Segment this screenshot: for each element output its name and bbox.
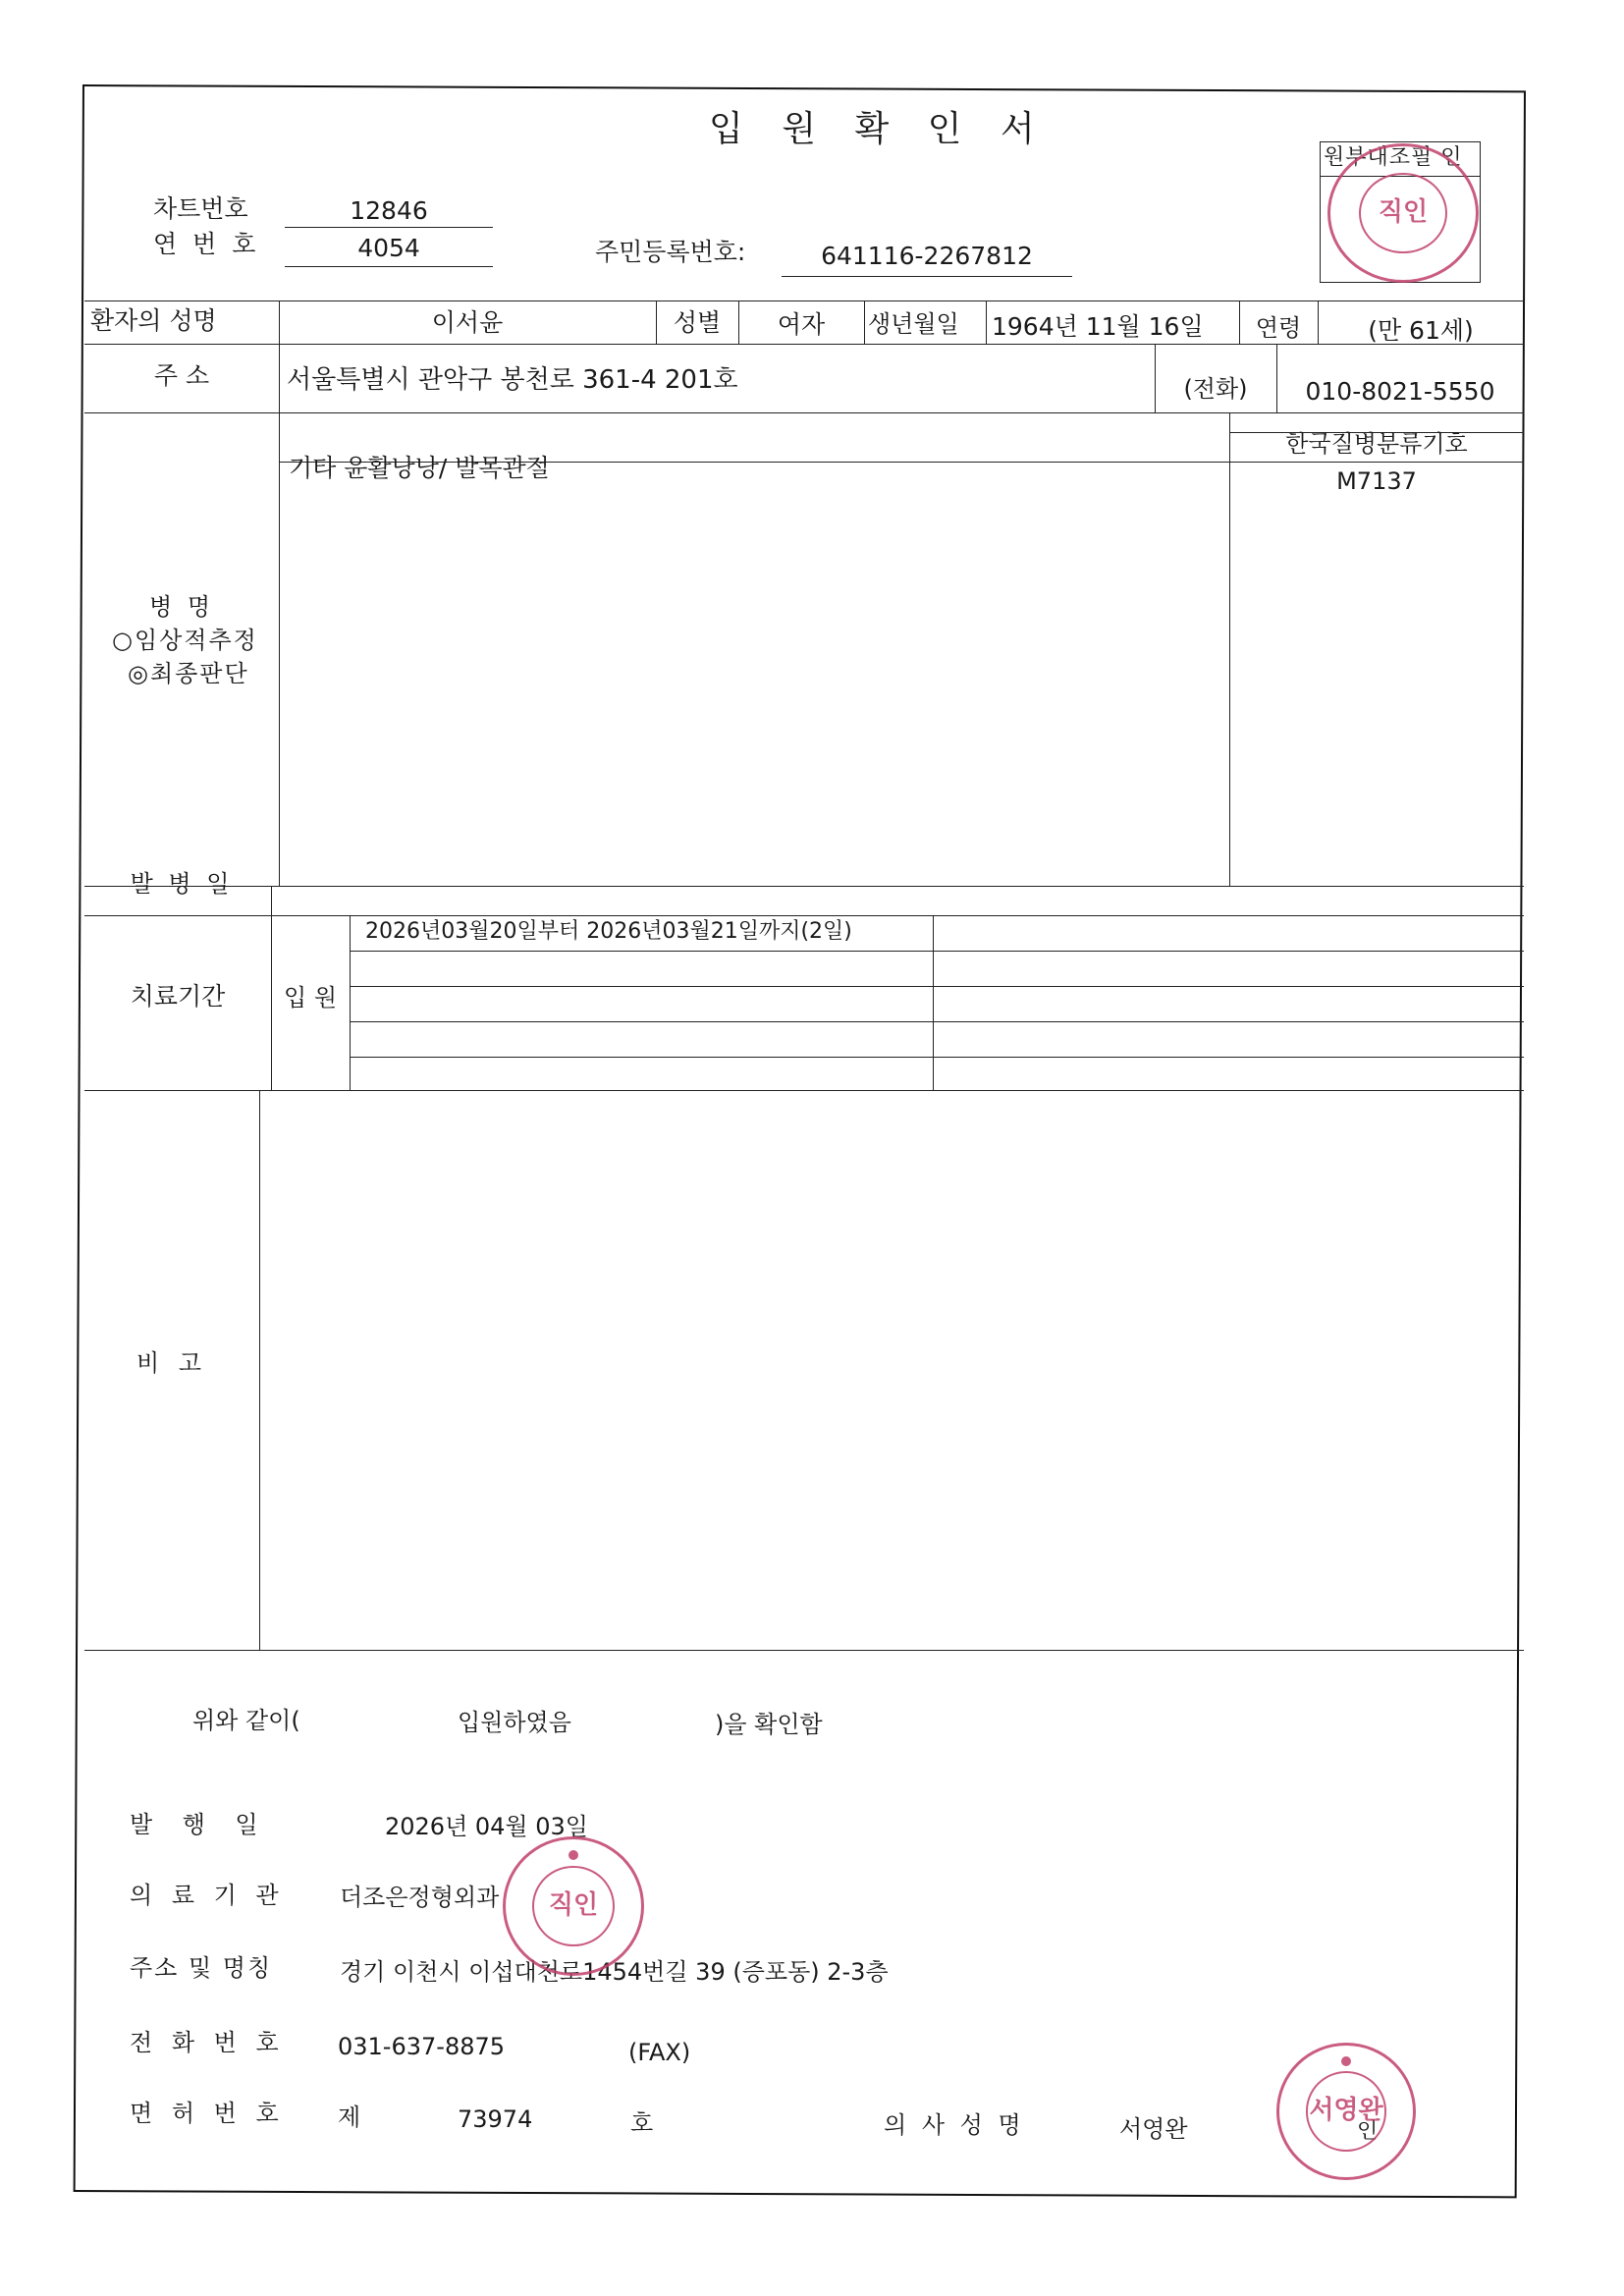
phone-label: (전화) xyxy=(1155,377,1276,401)
stamp-text: 서영완 xyxy=(1306,2071,1387,2152)
diagnosis-label-title: 병 명 xyxy=(84,595,279,619)
license-prefix: 제 xyxy=(338,2105,360,2129)
remarks-label: 비 고 xyxy=(84,1351,259,1375)
doctor-seal-stamp: 서영완 xyxy=(1276,2043,1416,2180)
doctor-label: 의 사 성 명 xyxy=(884,2113,1025,2137)
serial-no-value: 4054 xyxy=(285,236,493,267)
chart-no-value: 12846 xyxy=(285,198,493,228)
resident-no-value: 641116-2267812 xyxy=(782,244,1072,277)
doctor-name: 서영완 xyxy=(1119,2117,1188,2141)
serial-no-label: 연 번 호 xyxy=(153,232,259,256)
age-value: (만 61세) xyxy=(1318,318,1524,343)
diagnosis-label-clinical: ○임상적추정 xyxy=(112,629,258,652)
dob-label: 생년월일 xyxy=(868,312,959,336)
patient-name-value: 이서윤 xyxy=(279,310,656,335)
stamp-text: 직인 xyxy=(532,1866,615,1947)
stamp-text: 직인 xyxy=(1359,173,1447,254)
resident-no-label: 주민등록번호: xyxy=(595,240,745,264)
kcd-code: M7137 xyxy=(1229,469,1524,493)
institution-phone-value: 031-637-8875 xyxy=(338,2035,505,2058)
document-title: 입 원 확 인 서 xyxy=(709,112,1049,147)
confirm-prefix: 위와 같이( xyxy=(192,1709,300,1732)
address-value: 서울특별시 관악구 봉천로 361-4 201호 xyxy=(287,367,738,393)
address-label: 주 소 xyxy=(84,363,279,388)
issue-date-value: 2026년 04월 03일 xyxy=(385,1815,588,1838)
license-number: 73974 xyxy=(458,2107,532,2131)
onset-label: 발 병 일 xyxy=(84,872,279,896)
institution-seal-stamp: 직인 xyxy=(503,1836,644,1976)
treatment-label: 치료기간 xyxy=(84,984,271,1009)
institution-address-value: 경기 이천시 이섭대천로1454번길 39 (증포동) 2-3층 xyxy=(340,1960,889,1984)
age-label: 연령 xyxy=(1239,316,1318,340)
license-suffix: 호 xyxy=(630,2111,653,2135)
confirm-suffix: )을 확인함 xyxy=(715,1713,823,1736)
seal-stamp-top: 직인 xyxy=(1327,143,1479,283)
institution-value: 더조은정형외과 xyxy=(340,1886,499,1909)
patient-name-label: 환자의 성명 xyxy=(90,308,217,333)
phone-value: 010-8021-5550 xyxy=(1276,379,1524,404)
fax-label: (FAX) xyxy=(628,2041,690,2064)
institution-phone-label: 전 화 번 호 xyxy=(130,2031,285,2054)
confirm-middle: 입원하였음 xyxy=(458,1711,571,1734)
treatment-row-1: 2026년03월20일부터 2026년03월21일까지(2일) xyxy=(365,921,852,943)
license-label: 면 허 번 호 xyxy=(130,2102,285,2125)
issue-date-label: 발 행 일 xyxy=(130,1813,258,1836)
sex-value: 여자 xyxy=(738,312,864,337)
institution-address-label: 주소 및 명칭 xyxy=(130,1956,272,1980)
treatment-type-label: 입 원 xyxy=(271,986,350,1010)
diagnosis-label-final: ◎최종판단 xyxy=(128,662,249,685)
dob-value: 1964년 11월 16일 xyxy=(992,314,1204,339)
diagnosis-name: 기타 윤활낭낭/ 발목관절 xyxy=(289,456,550,480)
chart-no-label: 차트번호 xyxy=(153,196,248,221)
kcd-label: 한국질병분류기호 xyxy=(1229,432,1524,456)
sex-label: 성별 xyxy=(656,310,738,335)
institution-label: 의 료 기 관 xyxy=(130,1884,285,1907)
